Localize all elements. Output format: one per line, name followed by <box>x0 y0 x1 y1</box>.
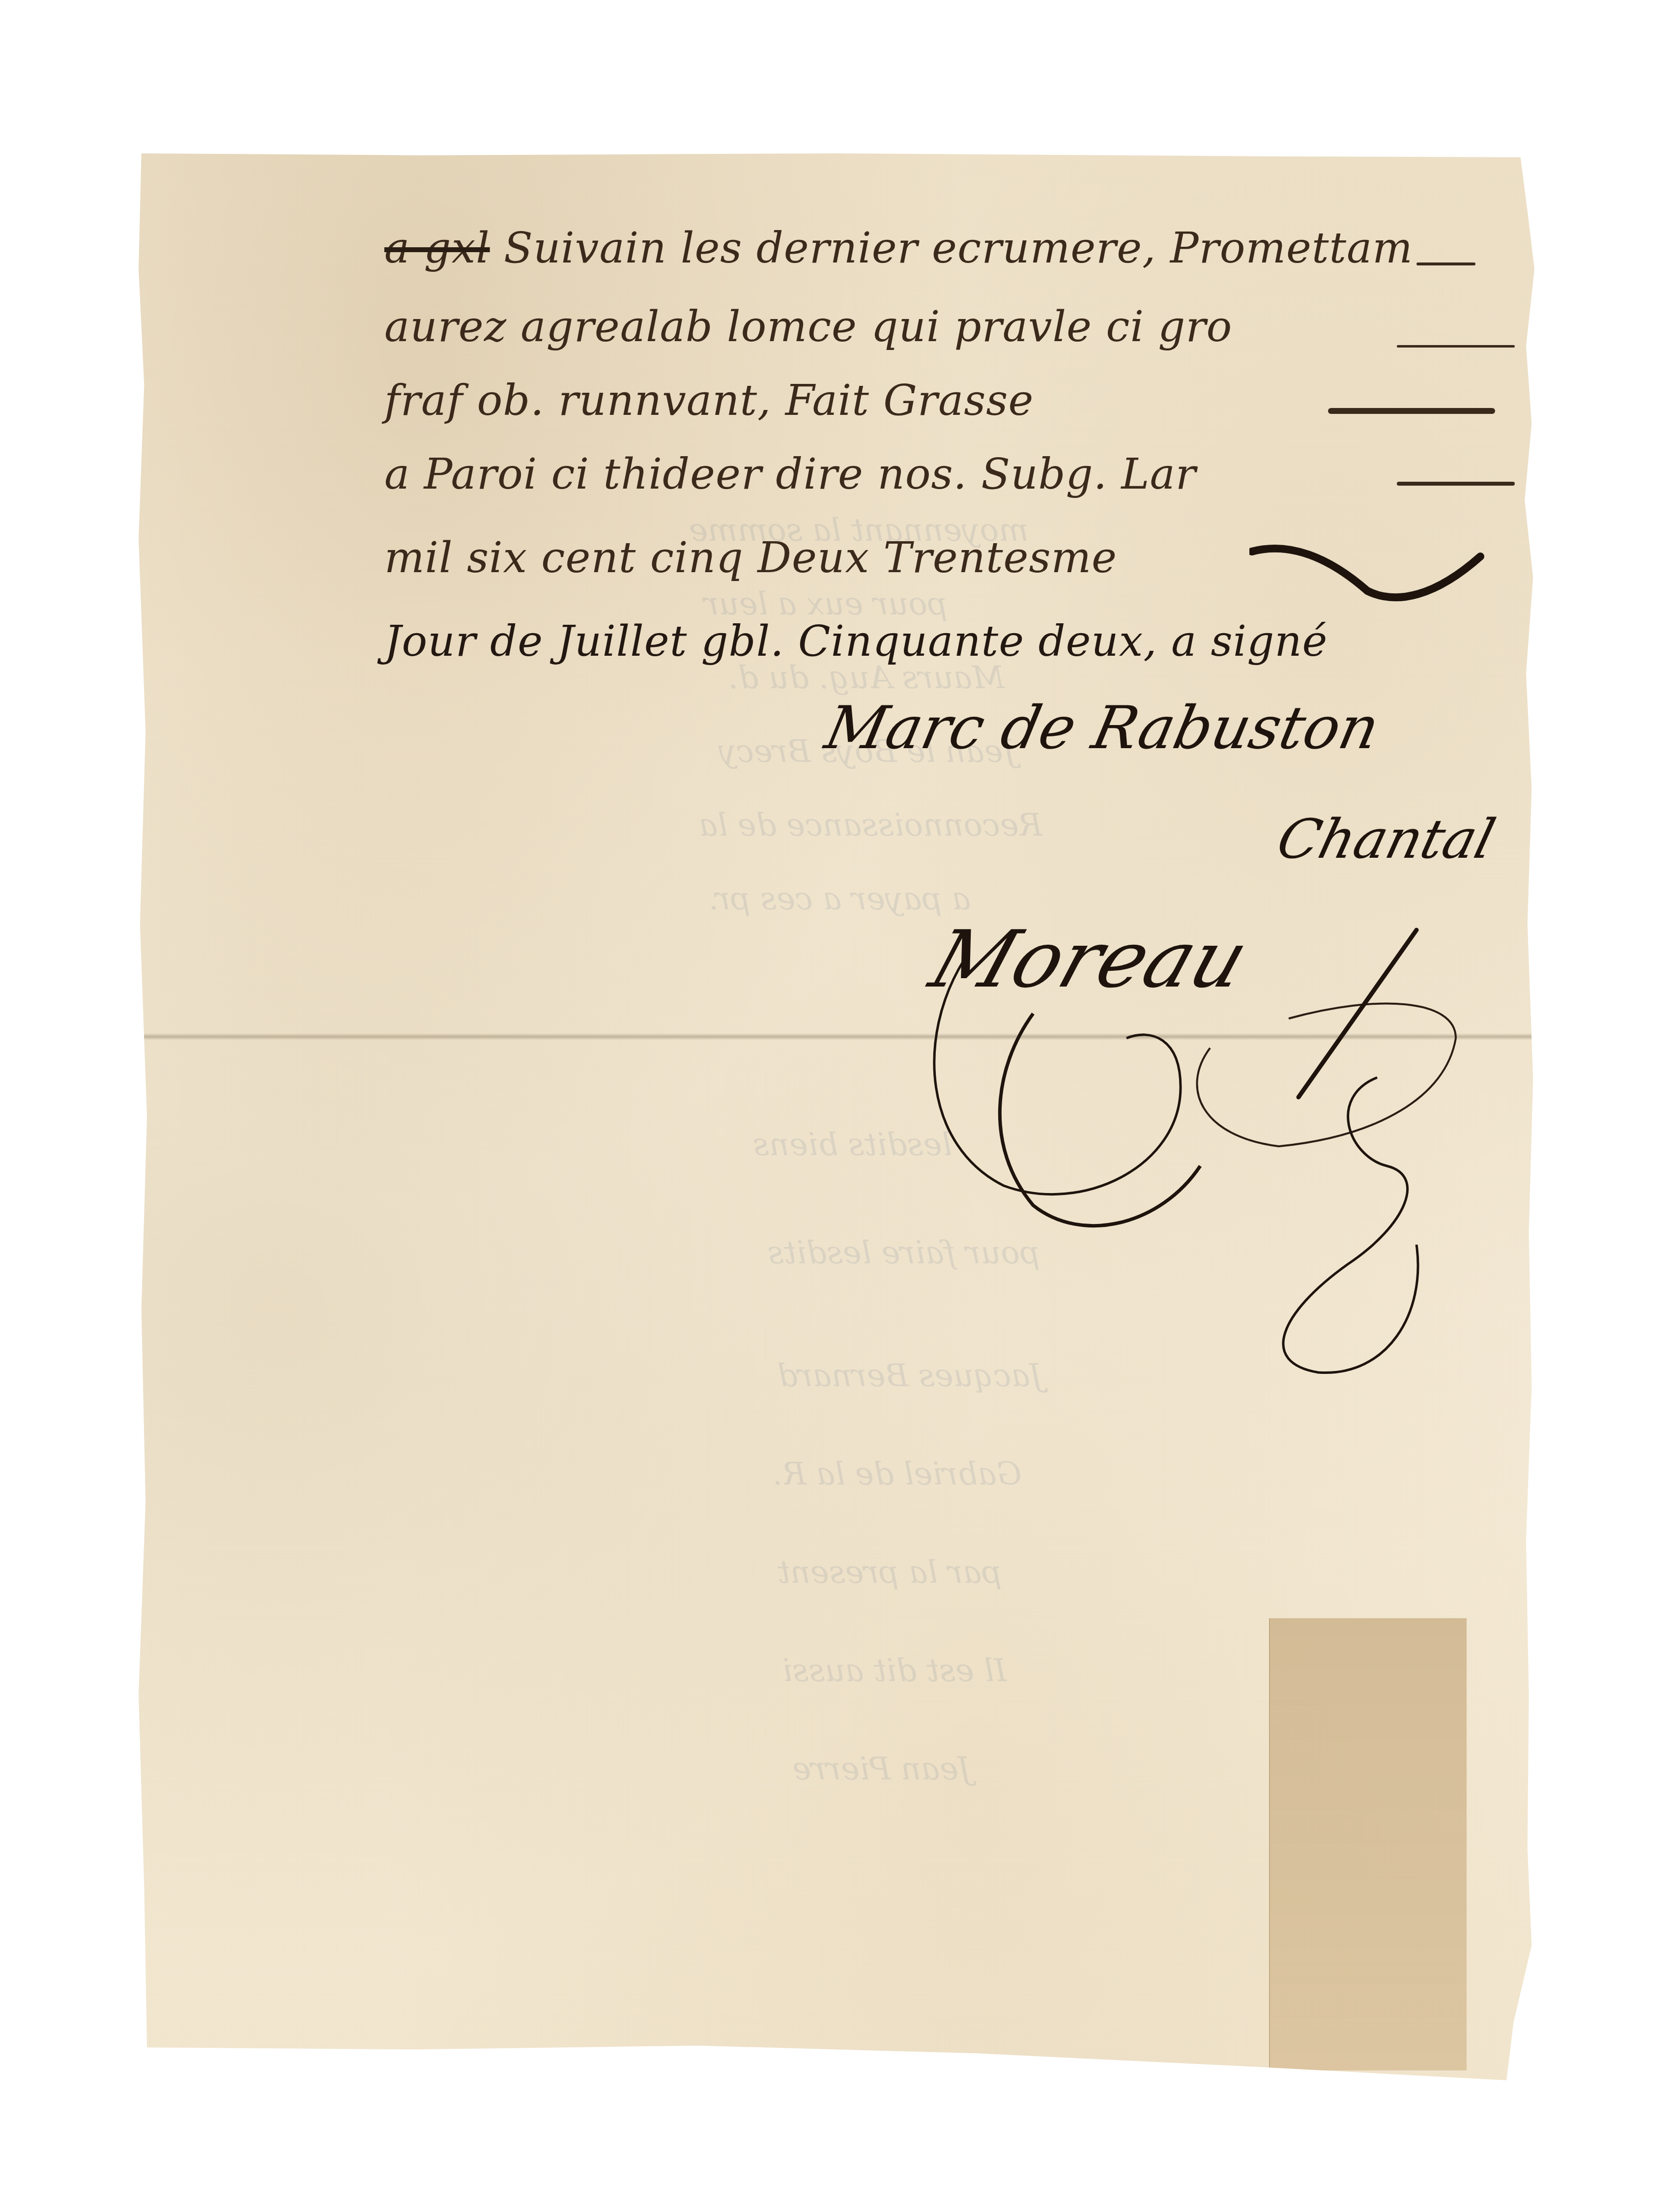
signature-chantal: Chantal <box>1272 812 1500 866</box>
manuscript-page: moyennant la somme pour eux a leur Maurs… <box>139 153 1534 2080</box>
line-filler-stroke <box>1397 345 1515 348</box>
bleed-through-text: Jean Pierre <box>792 1751 971 1787</box>
signature-marc-de-rabuston: Marc de Rabuston <box>820 699 1384 758</box>
signature-flourish <box>905 891 1495 1382</box>
manuscript-line-3: fraf ob. runnvant, Fait Grasse <box>384 379 1034 422</box>
manuscript-line-6: Jour de Juillet gbl. Cinquante deux, a s… <box>384 620 1328 663</box>
manuscript-line-2: aurez agrealab lomce qui pravle ci gro <box>384 306 1232 348</box>
bleed-through-text: Il est dit aussi <box>782 1653 1007 1689</box>
bleed-through-text: par la present <box>778 1554 1002 1591</box>
line-end-flourish <box>1249 537 1485 606</box>
line-filler-stroke <box>1328 408 1495 414</box>
manuscript-line-1: a gxl Suivain les dernier ecrumere, Prom… <box>384 227 1413 269</box>
manuscript-line-5: mil six cent cinq Deux Trentesme <box>384 537 1117 579</box>
line-filler-stroke <box>1397 482 1515 486</box>
struck-word: a gxl <box>384 224 490 273</box>
line-filler-stroke <box>1416 262 1475 265</box>
tape-repair <box>1269 1618 1467 2070</box>
bleed-through-text: Gabriel de la R. <box>773 1456 1022 1492</box>
manuscript-line-4: a Paroi ci thideer dire nos. Subg. Lar <box>384 453 1196 495</box>
bleed-through-text: Reconnoissance de la <box>699 807 1042 844</box>
